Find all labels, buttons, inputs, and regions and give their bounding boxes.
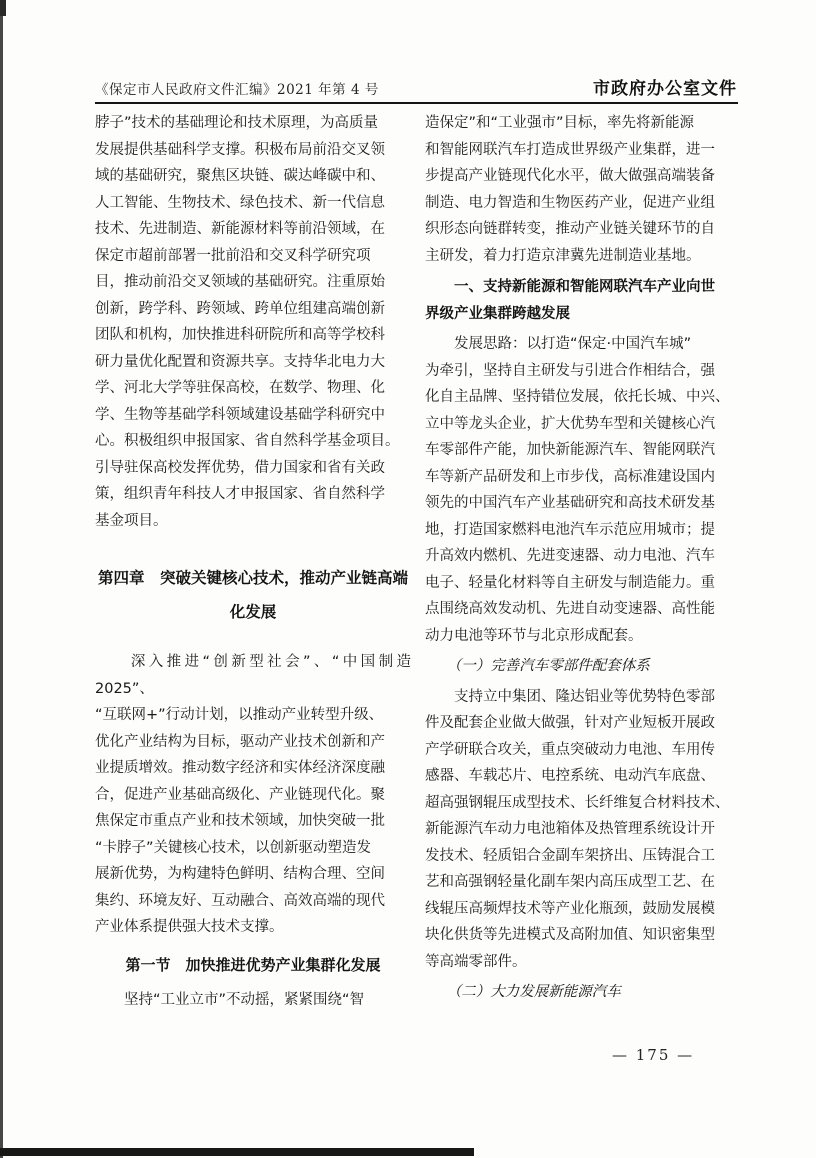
- header-booklet-title: 《保定市人民政府文件汇编》2021 年第 4 号: [95, 78, 379, 101]
- scan-artifact-bottom-bar: [0, 1148, 474, 1156]
- page-number: — 175 —: [612, 1046, 694, 1064]
- chapter-heading: 第四章 突破关键核心技术，推动产业链高端 化发展: [95, 561, 411, 629]
- right-paragraph-development: 发展思路：以打造“保定·中国汽车城” 为牵引，坚持自主研发与引进合作相结合，强 …: [425, 331, 741, 649]
- header-rule: [95, 102, 738, 104]
- page-header: 《保定市人民政府文件汇编》2021 年第 4 号 市政府办公室文件: [95, 74, 737, 101]
- numbered-heading-one: 一、支持新能源和智能网联汽车产业向世 界级产业集群跨越发展: [425, 274, 741, 327]
- body-columns: 脖子”技术的基础理论和技术原理，为高质量 发展提供基础科学支撑。积极布局前沿交叉…: [95, 110, 741, 1014]
- left-paragraph-intro: 深入推进“创新型社会”、“中国制造 2025”、 “互联网+”行动计划，以推动产…: [95, 649, 411, 941]
- left-paragraph-continuation: 脖子”技术的基础理论和技术原理，为高质量 发展提供基础科学支撑。积极布局前沿交叉…: [95, 110, 411, 534]
- right-paragraph-support: 支持立中集团、隆达铝业等优势特色零部 件及配套企业做大做强，针对产业短板开展政 …: [425, 684, 741, 976]
- sub-heading-parts-system: （一）完善汽车零部件配套体系: [425, 653, 741, 680]
- scan-artifact-top-corner: [0, 0, 6, 16]
- scan-artifact-left-edge: [0, 0, 3, 1158]
- scanned-document-page: 《保定市人民政府文件汇编》2021 年第 4 号 市政府办公室文件 脖子”技术的…: [0, 0, 816, 1158]
- section-heading: 第一节 加快推进优势产业集群化发展: [95, 952, 411, 979]
- right-paragraph-continuation: 造保定”和“工业强市”目标，率先将新能源 和智能网联汽车打造成世界级产业集群，进…: [425, 110, 741, 269]
- left-column: 脖子”技术的基础理论和技术原理，为高质量 发展提供基础科学支撑。积极布局前沿交叉…: [95, 110, 411, 1014]
- sub-heading-new-energy-vehicles: （二）大力发展新能源汽车: [425, 979, 741, 1006]
- header-office-label: 市政府办公室文件: [593, 74, 737, 101]
- left-paragraph-start: 坚持“工业立市”不动摇，紧紧围绕“智: [95, 987, 411, 1014]
- right-column: 造保定”和“工业强市”目标，率先将新能源 和智能网联汽车打造成世界级产业集群，进…: [425, 110, 741, 1014]
